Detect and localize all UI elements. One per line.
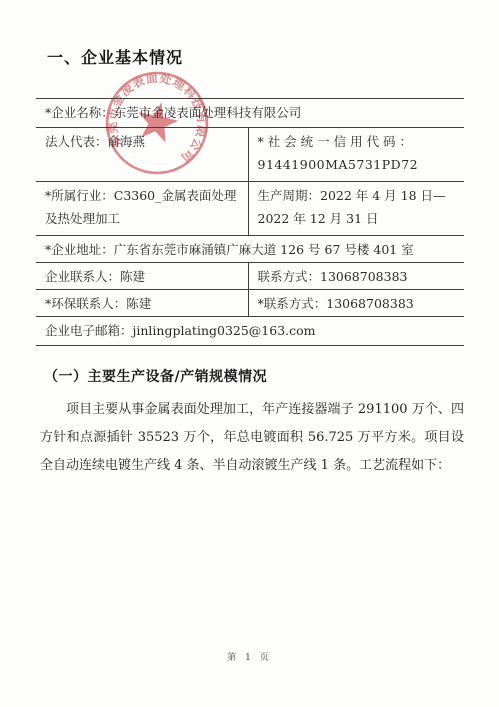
contact-phone-cell: 联系方式：13068708383 [248,263,464,290]
table-row: 法人代表：俞海燕 * 社 会 统 一 信 用 代 码 ： 91441900MA5… [36,128,464,182]
production-period-cell: 生产周期：2022 年 4 月 18 日—2022 年 12 月 31 日 [248,182,464,236]
industry-cell: *所属行业：C3360_金属表面处理及热处理加工 [36,182,248,236]
credit-code-label: * 社 会 统 一 信 用 代 码 ： [258,130,456,153]
basic-info-table: *企业名称：东莞市金凌表面处理科技有限公司 法人代表：俞海燕 * 社 会 统 一… [36,98,464,346]
table-row: *企业地址：广东省东莞市麻涌镇广麻大道 126 号 67 号楼 401 室 [36,236,464,263]
env-contact-person-cell: *环保联系人：陈建 [36,290,248,317]
section-production: （一）主要生产设备/产销规模情况 项目主要从事金属表面处理加工，年产连接器端子 … [40,366,464,480]
table-row: *所属行业：C3360_金属表面处理及热处理加工 生产周期：2022 年 4 月… [36,182,464,236]
email-cell: 企业电子邮箱：jinlingplating0325@163.com [36,317,464,346]
address-cell: *企业地址：广东省东莞市麻涌镇广麻大道 126 号 67 号楼 401 室 [36,236,464,263]
body-paragraph: 项目主要从事金属表面处理加工，年产连接器端子 291100 万个、四方针和点源插… [40,396,464,480]
page-number: 第 1 页 [0,650,499,663]
page-title: 一、企业基本情况 [47,45,183,68]
section-heading: （一）主要生产设备/产销规模情况 [44,366,464,386]
table-row: *企业名称：东莞市金凌表面处理科技有限公司 [36,99,464,128]
table-row: 企业电子邮箱：jinlingplating0325@163.com [36,317,464,346]
legal-representative-cell: 法人代表：俞海燕 [36,128,248,182]
credit-code-value: 91441900MA5731PD72 [258,153,456,176]
table-row: 企业联系人：陈建 联系方式：13068708383 [36,263,464,290]
credit-code-cell: * 社 会 统 一 信 用 代 码 ： 91441900MA5731PD72 [248,128,464,182]
contact-person-cell: 企业联系人：陈建 [36,263,248,290]
env-contact-phone-cell: *联系方式：13068708383 [248,290,464,317]
enterprise-name-cell: *企业名称：东莞市金凌表面处理科技有限公司 [36,99,464,128]
table-row: *环保联系人：陈建 *联系方式：13068708383 [36,290,464,317]
